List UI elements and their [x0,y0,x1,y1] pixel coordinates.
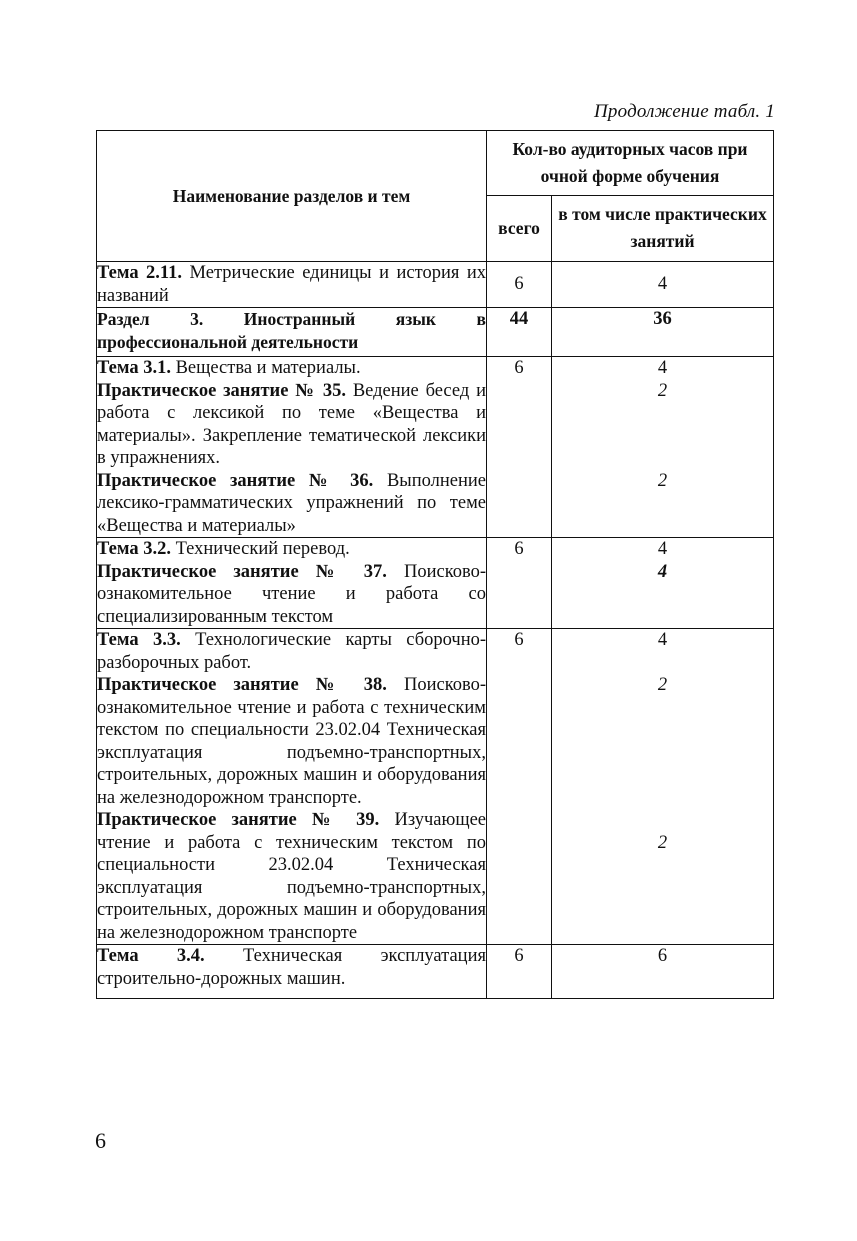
table-caption: Продолжение табл. 1 [594,101,775,123]
lesson-label: Практическое занятие № 35. [97,381,346,401]
lesson: Практическое занятие № 35. Ведение бесед… [97,380,486,470]
lesson: Практическое занятие № 39. Изучающее чте… [97,809,486,944]
lesson: Практическое занятие № 36. Выполнение ле… [97,470,486,538]
topic-label: Тема 2.11. [97,263,182,283]
lesson: Практическое занятие № 37. Поисково-озна… [97,561,486,629]
lesson-label: Практическое занятие № 37. [97,562,387,582]
practical-hours-cell: 4 2 2 [552,357,774,538]
practical-hours-cell: 4 2 2 [552,629,774,945]
total-hours: 6 [487,538,552,629]
practical-hours: 4 [552,357,773,380]
topic-cell: Тема 3.3. Технологические карты сборочно… [97,629,487,945]
topic-text: Вещества и материалы. [176,358,361,378]
total-hours: 6 [487,629,552,945]
lesson-hours: 2 [552,832,773,855]
total-hours: 6 [487,945,552,999]
practical-hours: 4 [552,262,774,308]
lesson-hours: 2 [552,470,773,493]
header-total: всего [487,195,552,261]
lesson-label: Практическое занятие № 38. [97,675,387,695]
practical-hours: 6 [552,945,774,999]
table-row: Тема 2.11. Метрические единицы и история… [97,262,774,308]
practical-hours: 4 [552,538,773,561]
topic-label: Тема 3.4. [97,946,205,966]
table-row: Тема 3.3. Технологические карты сборочно… [97,629,774,945]
lesson-hours: 2 [552,674,773,697]
table-row: Тема 3.1. Вещества и материалы. Практиче… [97,357,774,538]
topic-cell: Тема 2.11. Метрические единицы и история… [97,262,487,308]
topic-text: Технический перевод. [176,539,350,559]
practical-hours: 4 [552,629,773,652]
total-hours: 6 [487,357,552,538]
header-name: Наименование разделов и тем [97,131,487,262]
topic-label: Тема 3.2. [97,539,171,559]
practical-hours: 36 [552,308,774,357]
lesson-label: Практическое занятие № 39. [97,810,379,830]
topic-label: Тема 3.3. [97,630,181,650]
total-hours: 6 [487,262,552,308]
header-practical: в том числе практических занятий [552,195,774,261]
section-title: Раздел 3. Иностранный язык в профессиона… [97,308,487,357]
topic-cell: Тема 3.2. Технический перевод. Практичес… [97,538,487,629]
table-row: Тема 3.4. Техническая эксплуатация строи… [97,945,774,999]
curriculum-table: Наименование разделов и тем Кол-во аудит… [96,130,774,999]
topic-label: Тема 3.1. [97,358,171,378]
topic-cell: Тема 3.4. Техническая эксплуатация строи… [97,945,487,999]
lesson-hours: 4 [552,561,773,584]
header-hours-group: Кол-во аудиторных часов при очной форме … [487,131,774,196]
lesson-hours: 2 [552,380,773,403]
page-number: 6 [95,1128,106,1154]
table-row: Тема 3.2. Технический перевод. Практичес… [97,538,774,629]
table-row-section: Раздел 3. Иностранный язык в профессиона… [97,308,774,357]
topic-cell: Тема 3.1. Вещества и материалы. Практиче… [97,357,487,538]
lesson-label: Практическое занятие № 36. [97,471,373,491]
total-hours: 44 [487,308,552,357]
practical-hours-cell: 4 4 [552,538,774,629]
lesson: Практическое занятие № 38. Поисково-озна… [97,674,486,809]
